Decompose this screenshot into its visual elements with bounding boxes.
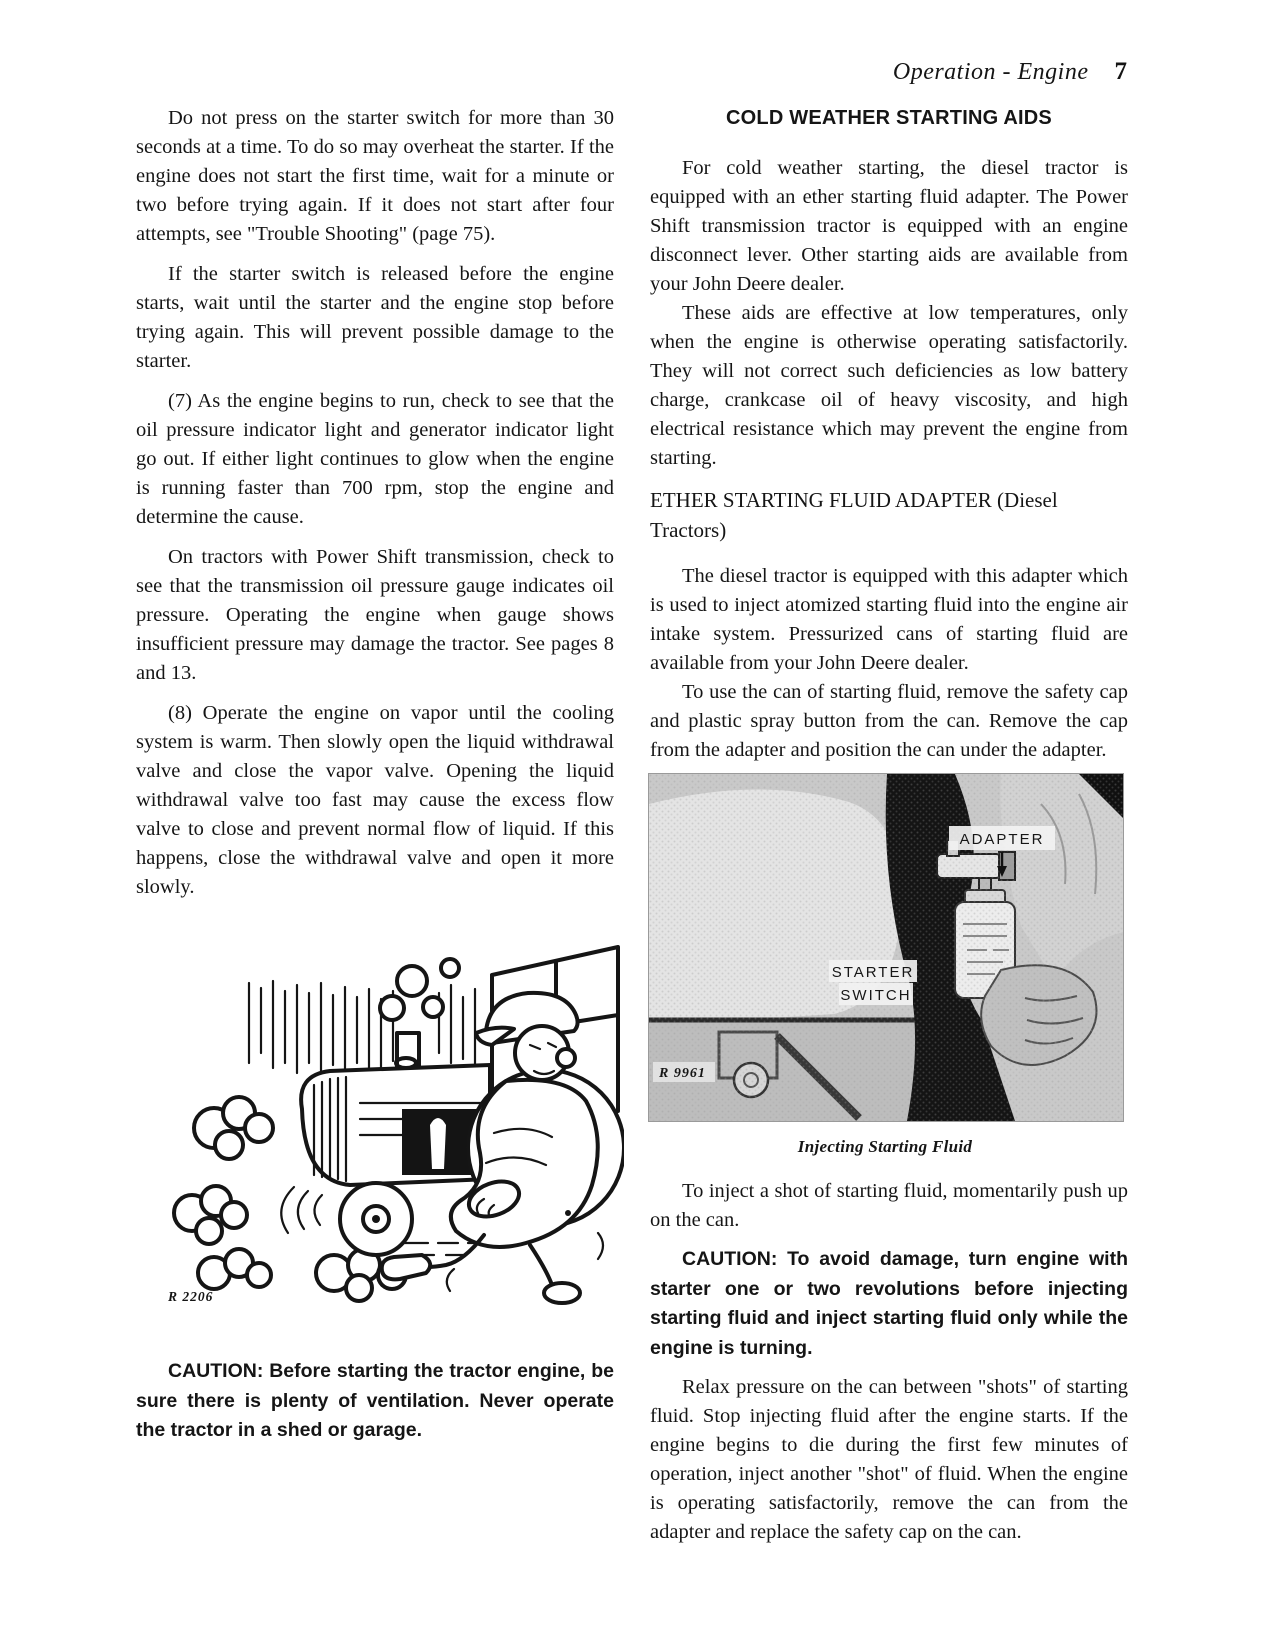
smoke-hatching	[249, 981, 475, 1077]
paragraph: For cold weather starting, the diesel tr…	[650, 154, 1128, 299]
photo-figure: ADAPTER STARTER SWITCH R 9961 Injecting …	[648, 773, 1122, 1161]
running-head: Operation - Engine	[893, 59, 1089, 86]
section-heading: COLD WEATHER STARTING AIDS	[650, 104, 1128, 133]
paragraph: These aids are effective at low temperat…	[650, 299, 1128, 473]
starter-switch-label-line2: SWITCH	[840, 987, 911, 1004]
right-column: COLD WEATHER STARTING AIDS For cold weat…	[650, 104, 1128, 1547]
paragraph: To inject a shot of starting fluid, mome…	[650, 1177, 1128, 1235]
photo-figure-id: R 9961	[658, 1066, 706, 1081]
page-header: Operation - Engine 7	[893, 58, 1127, 86]
paragraph: The diesel tractor is equipped with this…	[650, 562, 1128, 678]
manual-page: Operation - Engine 7 Do not press on the…	[0, 0, 1275, 1650]
starter-switch-label-line1: STARTER	[832, 964, 915, 981]
paragraph: To use the can of starting fluid, remove…	[650, 678, 1128, 765]
figure-id: R 2206	[168, 1282, 213, 1311]
photo-caption: Injecting Starting Fluid	[648, 1132, 1122, 1161]
paragraph: Do not press on the starter switch for m…	[136, 104, 614, 249]
paragraph: (8) Operate the engine on vapor until th…	[136, 699, 614, 902]
page-number: 7	[1115, 58, 1128, 86]
left-column: Do not press on the starter switch for m…	[136, 104, 614, 1456]
starting-fluid-photo: ADAPTER STARTER SWITCH R 9961	[648, 773, 1124, 1122]
paragraph: Relax pressure on the can between "shots…	[650, 1373, 1128, 1547]
adapter-label: ADAPTER	[960, 831, 1045, 848]
subsection-heading: ETHER STARTING FLUID ADAPTER (Diesel Tra…	[650, 485, 1128, 545]
paragraph: On tractors with Power Shift transmissio…	[136, 543, 614, 688]
tractor-shed-cartoon-illustration	[154, 913, 624, 1313]
paragraph: (7) As the engine begins to run, check t…	[136, 387, 614, 532]
cartoon-figure: R 2206	[154, 913, 624, 1315]
caution-text: CAUTION: Before starting the tractor eng…	[136, 1357, 614, 1446]
photo-figure-id-group: R 9961	[653, 1062, 715, 1082]
paragraph: If the starter switch is released before…	[136, 260, 614, 376]
caution-text: CAUTION: To avoid damage, turn engine wi…	[650, 1245, 1128, 1363]
